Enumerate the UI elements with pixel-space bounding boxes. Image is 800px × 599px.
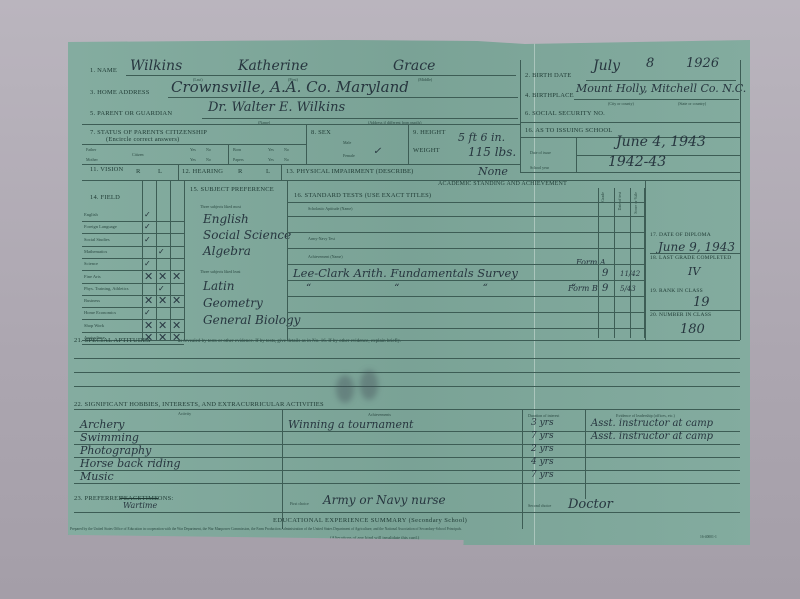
- check-mark-icon: ✓: [144, 308, 151, 317]
- field14-row-label: Social Studies: [84, 237, 110, 242]
- disliked-2: Geometry: [203, 296, 263, 310]
- field14-row-label: Science: [84, 261, 98, 266]
- field14-row-label: Business: [84, 298, 100, 303]
- number-label: 20. NUMBER IN CLASS: [650, 312, 711, 318]
- test-2-form: Form B: [568, 284, 598, 293]
- citizen-label: Citizen: [132, 152, 144, 157]
- birth-date-label: 2. BIRTH DATE: [525, 72, 571, 79]
- second-choice: Doctor: [568, 497, 613, 512]
- test-1-date: 11/42: [620, 270, 640, 278]
- check-mark-icon: ✓: [144, 235, 151, 244]
- field14-row-label: Shop Work: [84, 323, 104, 328]
- field16-label: 16. STANDARD TESTS (Use exact titles): [294, 192, 431, 199]
- hearing-label: 12. HEARING: [182, 168, 223, 175]
- school-year-caption: School year: [530, 165, 549, 170]
- height-value: 5 ft 6 in.: [458, 131, 505, 144]
- academic-header: ACADEMIC STANDING AND ACHIEVEMENT: [438, 181, 567, 187]
- achievement-1: Winning a tournament: [288, 418, 413, 431]
- diploma-date: June 9, 1943: [658, 240, 735, 254]
- field14-label: 14. FIELD: [90, 194, 120, 201]
- name-label: 1. NAME: [90, 67, 117, 74]
- sex-mark: ✓: [373, 146, 381, 157]
- aptitudes-label: 21. SPECIAL APTITUDES: [74, 337, 151, 344]
- issue-date: June 4, 1943: [616, 134, 706, 150]
- field14-row-label: English: [84, 212, 98, 217]
- last-grade: IV: [688, 265, 700, 278]
- hobby-activity: Photography: [80, 444, 151, 457]
- liked-2: Social Science: [203, 228, 291, 242]
- name-last: Wilkins: [130, 58, 182, 74]
- check-mark-icon: ✓: [144, 222, 151, 231]
- vision-l: L: [158, 168, 162, 175]
- form-number: 16-40001-1: [700, 535, 717, 539]
- impairment-label: 13. PHYSICAL IMPAIRMENT (Describe): [286, 168, 414, 175]
- document-title: EDUCATIONAL EXPERIENCE SUMMARY (Secondar…: [273, 517, 467, 524]
- female-label: Female: [343, 153, 355, 158]
- leadership-1: Asst. instructor at camp: [591, 418, 713, 429]
- home-address-label: 3. HOME ADDRESS: [90, 89, 150, 96]
- caption-state: (State or country): [678, 101, 706, 106]
- grade-col-header: Grade: [600, 192, 605, 202]
- parent-label: 5. PARENT OR GUARDIAN: [90, 110, 172, 117]
- first-choice: Army or Navy nurse: [323, 493, 446, 507]
- field14-row-label: Foreign Language: [84, 224, 117, 229]
- cross-mark-icon: ✕: [158, 321, 167, 331]
- issuing-school-label: 16. AS TO ISSUING SCHOOL: [525, 127, 612, 134]
- born-yes: Yes: [268, 147, 274, 152]
- achievements-col: Achievements: [368, 412, 391, 417]
- mother-label: Mother: [86, 157, 98, 162]
- cross-mark-icon: ✕: [158, 296, 167, 306]
- field14-row-label: Phys. Training, Athletics: [84, 286, 129, 291]
- hearing-l: L: [266, 168, 270, 175]
- caption-city: (City or county): [608, 101, 634, 106]
- papers-yes: Yes: [268, 157, 274, 162]
- father-no: No: [206, 147, 211, 152]
- hobby-activity: Music: [80, 470, 114, 483]
- activity-col: Activity: [178, 411, 191, 416]
- papers-no: No: [284, 157, 289, 162]
- citizenship-sub: (Encircle correct answers): [106, 136, 179, 143]
- rank-value: 19: [693, 295, 710, 310]
- stain-mark: [336, 375, 354, 403]
- mother-no: No: [206, 157, 211, 162]
- liked-1: English: [203, 212, 249, 226]
- field14-row-label: Mathematics: [84, 249, 107, 254]
- social-security-label: 6. SOCIAL SECURITY No.: [525, 110, 605, 117]
- birth-month: July: [593, 58, 620, 74]
- check-mark-icon: ✓: [144, 259, 151, 268]
- test-2-date: 5/43: [620, 285, 636, 293]
- leadership-2: Asst. instructor at camp: [591, 431, 713, 442]
- last-grade-label: 18. LAST GRADE COMPLETED: [650, 255, 731, 261]
- weight-label: WEIGHT: [413, 147, 440, 154]
- footer-note: Prepared by the United States Office of …: [70, 527, 462, 531]
- test-1-grade: 9: [602, 268, 608, 279]
- birthplace-label: 4. BIRTHPLACE: [525, 92, 574, 99]
- disliked-1: Latin: [203, 279, 235, 293]
- school-year: 1942-43: [608, 154, 666, 170]
- second-choice-caption: Second choice: [528, 503, 551, 508]
- name-middle: Grace: [393, 58, 435, 74]
- rank-label: 19. RANK IN CLASS: [650, 288, 703, 294]
- male-label: Male: [343, 140, 351, 145]
- sex-label: 8. SEX: [311, 129, 331, 136]
- height-label: 9. HEIGHT: [413, 129, 446, 136]
- hobby-activity: Horse back riding: [80, 457, 181, 470]
- cross-mark-icon: ✕: [144, 321, 153, 331]
- vision-r: R: [136, 168, 141, 175]
- father-yes: Yes: [190, 147, 196, 152]
- number-value: 180: [680, 322, 705, 337]
- vision-label: 11. VISION: [90, 166, 123, 173]
- born-no: No: [284, 147, 289, 152]
- parent-value: Dr. Walter E. Wilkins: [208, 100, 345, 115]
- birthplace-value: Mount Holly, Mitchell Co. N.C.: [576, 82, 746, 95]
- caption-middle: (Middle): [418, 77, 432, 82]
- check-mark-icon: ✓: [158, 247, 165, 256]
- hobby-duration: 4 yrs: [531, 457, 554, 467]
- army-navy-caption: Army-Navy Test: [308, 236, 335, 241]
- hobby-duration: 3 yrs: [531, 418, 554, 428]
- name-first: Katherine: [238, 58, 308, 74]
- papers-label: Papers: [233, 157, 244, 162]
- aptitudes-hint: as revealed by tests or other evidence. …: [178, 339, 401, 344]
- cross-mark-icon: ✕: [144, 272, 153, 282]
- occupations-note: Wartime: [123, 501, 157, 510]
- stain-mark: [360, 370, 378, 400]
- citizenship-label: 7. STATUS OF PARENTS CITIZENSHIP: [90, 129, 207, 136]
- record-card: 1. NAME Wilkins Katherine Grace (Last) (…: [68, 40, 750, 545]
- hobby-duration: 7 yrs: [531, 431, 554, 441]
- cross-mark-icon: ✕: [158, 272, 167, 282]
- father-label: Father: [86, 147, 96, 152]
- test-2-grade: 9: [602, 283, 608, 294]
- hobbies-label: 22. SIGNIFICANT HOBBIES, INTERESTS, AND …: [74, 401, 324, 408]
- check-mark-icon: ✓: [144, 210, 151, 219]
- impairment-value: None: [478, 165, 508, 178]
- cross-mark-icon: ✕: [144, 296, 153, 306]
- liked-3: Algebra: [203, 244, 251, 258]
- hobby-activity: Swimming: [80, 431, 139, 444]
- disliked-caption: Three subjects liked least: [200, 269, 241, 274]
- scholastic-caption: Scholastic Aptitude (Name): [308, 206, 352, 211]
- liked-caption: Three subjects liked most: [200, 204, 241, 209]
- field14-row-label: Home Economics: [84, 310, 116, 315]
- diploma-label: 17. DATE OF DIPLOMA: [650, 232, 711, 238]
- weight-value: 115 lbs.: [468, 145, 516, 159]
- check-mark-icon: ✓: [158, 284, 165, 293]
- first-choice-caption: First choice: [290, 501, 309, 506]
- achievement-caption: Achievement (Name): [308, 254, 343, 259]
- home-address-value: Crownsville, A.A. Co. Maryland: [171, 78, 409, 96]
- test-1-name: Lee-Clark Arith. Fundamentals Survey: [293, 266, 518, 280]
- test-1-form: Form A: [576, 258, 606, 267]
- field14-row-label: Fine Arts: [84, 274, 101, 279]
- birth-day: 8: [646, 56, 654, 71]
- birth-year: 1926: [686, 56, 719, 71]
- hobby-duration: 7 yrs: [531, 470, 554, 480]
- cross-mark-icon: ✕: [172, 321, 181, 331]
- hearing-r: R: [238, 168, 243, 175]
- mother-yes: Yes: [190, 157, 196, 162]
- hobby-activity: Archery: [80, 418, 124, 431]
- issue-date-caption: Date of issue: [530, 150, 551, 155]
- field15-label: 15. SUBJECT PREFERENCE: [190, 186, 274, 193]
- born-label: Born: [233, 147, 241, 152]
- cross-mark-icon: ✕: [158, 333, 167, 343]
- cross-mark-icon: ✕: [172, 296, 181, 306]
- cross-mark-icon: ✕: [172, 272, 181, 282]
- disliked-3: General Biology: [203, 313, 300, 327]
- hobby-duration: 2 yrs: [531, 444, 554, 454]
